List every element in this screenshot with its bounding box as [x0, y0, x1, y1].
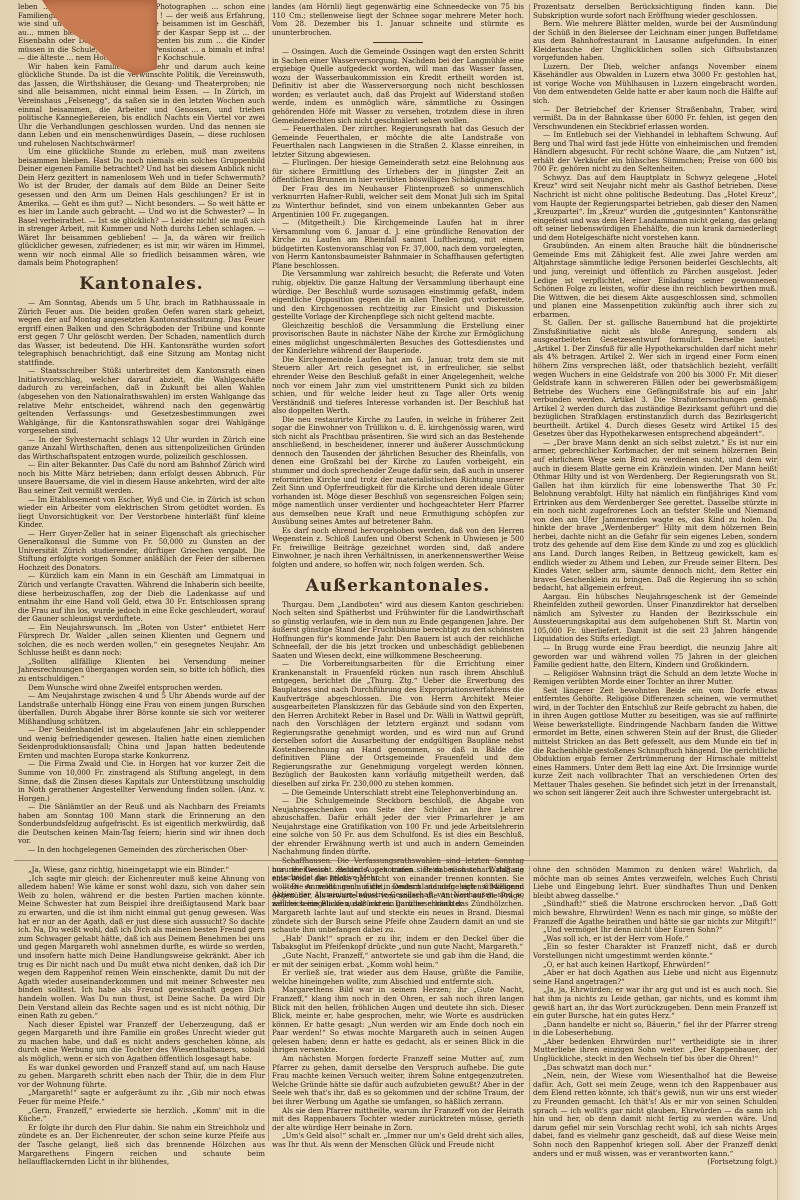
news-item: Die neu restaurirte Kirche zu Laufen, in… [272, 416, 524, 527]
news-item: — In der Sylvesternacht schlags 12 Uhr w… [18, 436, 265, 462]
news-item: Seit längerer Zeit bewohnten Beide ein v… [533, 687, 777, 798]
news-item: — Am Sonntag, Abends um 5 Uhr, brach im … [18, 299, 265, 367]
story-paragraph: „Aber er hat doch Agathen aus Liebe und … [533, 969, 777, 986]
story-paragraph: Margarethens Bild war in seinem Herzen; … [272, 986, 524, 1055]
news-item: — Die Vorbereitungsarbeiten für die Erri… [272, 660, 524, 788]
news-item: „Sollten allfällige Klienten bei Versend… [18, 658, 265, 684]
column-divider [268, 866, 269, 1141]
news-item: — Die Schulgemeinde Steckborn beschloß, … [272, 797, 524, 857]
story-paragraph: „Nein, nein, der Wiese vom Wiesenthalhof… [533, 1072, 777, 1158]
story-paragraph: Nach dieser Epistel war Franzeff der Ueb… [18, 1021, 265, 1064]
story-paragraph: ohne den schnöden Mammon zu denken wäre!… [533, 866, 777, 900]
news-item: Es darf noch ehrend hervorgehoben werden… [272, 527, 524, 570]
story-paragraph: Er folgte ihr durch den Flur dahin. Sie … [18, 1124, 265, 1167]
column-divider [268, 4, 269, 856]
news-item: Der Frau des im Neuhauser Flintenprozeß … [272, 185, 524, 219]
news-item: Schwyz. Das auf dem Hauptplatz in Schwyz… [533, 174, 777, 242]
news-item: — Die Firma Zwald und Cie. in Horgen hat… [18, 760, 265, 803]
separator-rule [373, 42, 423, 43]
news-item: — Flurlingen. Der hiesige Gemeinderath s… [272, 159, 524, 185]
news-item: — „Der brave Mann denkt an sich selbst z… [533, 439, 777, 593]
column-divider [529, 4, 530, 856]
column-3: Prozentsatz derselben Berücksichtigung f… [533, 3, 777, 798]
news-item: landes (am Hörnli) liegt gegenwärtig ein… [272, 3, 524, 37]
news-item: — Ein alter Bekannter. Das Café du nord … [18, 461, 265, 495]
kantonales-articles: — Am Sonntag, Abends um 5 Uhr, brach im … [18, 299, 265, 855]
news-item: — (Mitgetheilt.) Die Kirchgemeinde Laufe… [272, 219, 524, 270]
news-item: — Die Sänlämtler an der Reuß und als Nac… [18, 803, 265, 846]
story-paragraph: „Sündhaft!“ stieß die Matrone erschrocke… [533, 900, 777, 926]
story-paragraph: „Aber bedenken Ehrwürden nur!“ vertheidi… [533, 1038, 777, 1064]
section-heading-ausserkantonales: Außerkantonales. [272, 575, 524, 597]
news-item: Aargau. Ein hübsches Neujahrsgeschenk is… [533, 593, 777, 644]
column-2: landes (am Hörnli) liegt gegenwärtig ein… [272, 3, 524, 908]
news-item: — Feuerthalen. Der zürcher. Regierungsra… [272, 125, 524, 159]
story-paragraph: „Ein so fester Charakter ist Franzeff ni… [533, 943, 777, 960]
column-1: leben … vom modernen Familien- Photograp… [18, 3, 265, 855]
news-item: — Kürzlich kam ein Mann in ein Geschäft … [18, 572, 265, 623]
story-paragraph: braunes Gesicht. Beider Augen trafen sic… [272, 866, 524, 935]
feuilleton-column-3: ohne den schnöden Mammon zu denken wäre!… [533, 866, 777, 1167]
news-item: — Religiöser Wahnsinn trägt die Schuld a… [533, 670, 777, 687]
story-paragraph: „Gern, Franzeff,“ erwiederte sie herzlic… [18, 1107, 265, 1124]
news-item: — Im Etablissement von Escher, Wyß und C… [18, 496, 265, 530]
news-item: St. Gallen. Der st. gallische Bauernbund… [533, 319, 777, 439]
news-item: Thurgau. Dem „Landboten“ wird aus diesem… [272, 601, 524, 661]
continuation-note: (Fortsetzung folgt.) [533, 1158, 777, 1167]
news-item: — Ein Neujahrswunsch. Im „Boten von Uste… [18, 624, 265, 658]
news-item: — Herr Guyer-Zeller hat in seiner Eigens… [18, 530, 265, 573]
paragraph: Wir haben kein Familienleben mehr und da… [18, 63, 265, 148]
news-item: Graubünden. An einem alten Brauche hält … [533, 242, 777, 319]
column-divider [529, 866, 530, 1141]
news-item: — Am Neujahrstage zwischen 4 und 5 Uhr A… [18, 692, 265, 726]
news-item: Bern. Wie mehrere Blätter melden, wurde … [533, 20, 777, 63]
story-paragraph: „Dann handelte er nicht so, Bäuerin,“ fi… [533, 1021, 777, 1038]
news-item: Prozentsatz derselben Berücksichtigung f… [533, 3, 777, 20]
news-item: — Im Entlebuch sei der Viehhandel in leb… [533, 131, 777, 174]
story-paragraph: „Ja, ja, Ehrwürden; er war ihr arg gut u… [533, 986, 777, 1020]
story-paragraph: „Ich sagte mir gleich: der Eichenreuter … [18, 875, 265, 1021]
news-item: — Der Betriebchef der Krienser Straßenba… [533, 106, 777, 132]
section-heading-kantonales: Kantonales. [18, 273, 265, 295]
paragraph: Um eine glückliche Stunde zu erleben, mu… [18, 148, 265, 268]
news-item: Gleichzeitig beschloß die Versammlung di… [272, 322, 524, 356]
news-item: — Staatsschreiber Stüßi unterbreitet dem… [18, 367, 265, 435]
news-item: Luzern. Der Dieb, welcher anfangs Novemb… [533, 63, 777, 106]
story-paragraph: „Margareth!“ sagte er aufgeräumt zu ihr.… [18, 1089, 265, 1106]
story-paragraph: Es war dunkel geworden und Franzeff stan… [18, 1064, 265, 1090]
news-item: — Ossingen. Auch die Gemeinde Ossingen w… [272, 48, 524, 125]
story-paragraph: „Hab' Dank!“ sprach er zu ihr, indem er … [272, 935, 524, 952]
story-paragraph: „Gute Nacht, Franzeff,“ antwortete sie u… [272, 952, 524, 969]
story-paragraph: Als sie dem Pfarrer mittheilte, warum ih… [272, 1107, 524, 1133]
news-item: — Der Seidenhandel ist im abgelaufenen J… [18, 726, 265, 760]
news-item: Die Kirchgemeinde Laufen hat am 6. Janua… [272, 356, 524, 416]
story-paragraph: „Um's Geld also!“ schalt er. „Immer nur … [272, 1132, 524, 1149]
story-paragraph: Er verließ sie, trat wieder aus dem Haus… [272, 969, 524, 986]
feuilleton-column-2: braunes Gesicht. Beider Augen trafen sic… [272, 866, 524, 1150]
feuilleton-column-1: „Ja, Wiese, ganz richtig, hineingetappt … [18, 866, 265, 1167]
news-item: — In den hochgelegenen Gemeinden des zür… [18, 846, 265, 855]
story-paragraph: Am nächsten Morgen forderte Franzeff sei… [272, 1055, 524, 1107]
news-item: — In Brugg wurde eine Frau beerdigt, die… [533, 644, 777, 670]
paper-edge [777, 0, 800, 1200]
news-item: Die Versammlung war zahlreich besucht; d… [272, 270, 524, 321]
feuilleton-divider [14, 860, 778, 861]
